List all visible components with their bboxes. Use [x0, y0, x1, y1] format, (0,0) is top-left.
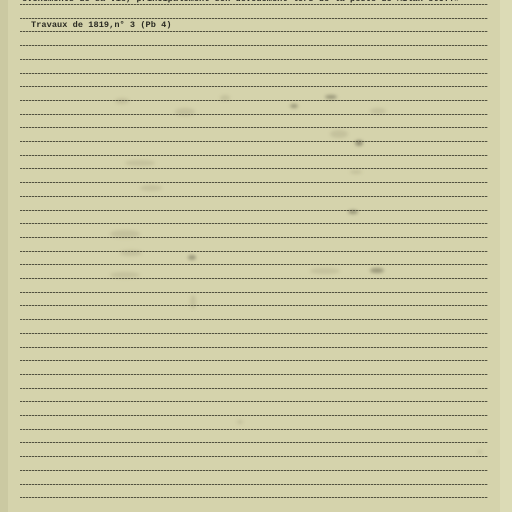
- ruled-line: [20, 470, 488, 471]
- ruled-line: [20, 251, 488, 252]
- ruled-line: [20, 141, 488, 142]
- ruled-line: [20, 127, 488, 128]
- ruled-line: [20, 401, 488, 402]
- ruled-line: [20, 18, 488, 19]
- document-reference: Travaux de 1819,n° 3 (Pb 4): [31, 20, 172, 30]
- ruled-line: [20, 278, 488, 279]
- ruled-line: [20, 497, 488, 498]
- ruled-line: [20, 155, 488, 156]
- ruled-line: [20, 4, 488, 5]
- ruled-line: [20, 388, 488, 389]
- ruled-line: [20, 264, 488, 265]
- ruled-line: [20, 182, 488, 183]
- ruled-line: [20, 292, 488, 293]
- ruled-line: [20, 100, 488, 101]
- ruled-line: [20, 484, 488, 485]
- ruled-line: [20, 45, 488, 46]
- document-text-line: événements de sa vie, principalement son…: [22, 0, 459, 4]
- ruled-line: [20, 415, 488, 416]
- ruled-line: [20, 442, 488, 443]
- page-left-edge: [0, 0, 8, 512]
- ruled-line: [20, 210, 488, 211]
- ruled-line: [20, 347, 488, 348]
- ruled-line: [20, 237, 488, 238]
- ruled-line: [20, 319, 488, 320]
- ruled-line: [20, 429, 488, 430]
- ruled-line: [20, 114, 488, 115]
- ruled-line: [20, 333, 488, 334]
- ruled-line: [20, 456, 488, 457]
- ruled-line: [20, 305, 488, 306]
- ruled-line: [20, 73, 488, 74]
- ruled-line: [20, 31, 488, 32]
- page-right-edge: [500, 0, 512, 512]
- ruled-line: [20, 374, 488, 375]
- ruled-line: [20, 196, 488, 197]
- ruled-line: [20, 223, 488, 224]
- ruled-line: [20, 86, 488, 87]
- ruled-line: [20, 59, 488, 60]
- document-page: événements de sa vie, principalement son…: [0, 0, 512, 512]
- ruled-line: [20, 168, 488, 169]
- ruled-line: [20, 360, 488, 361]
